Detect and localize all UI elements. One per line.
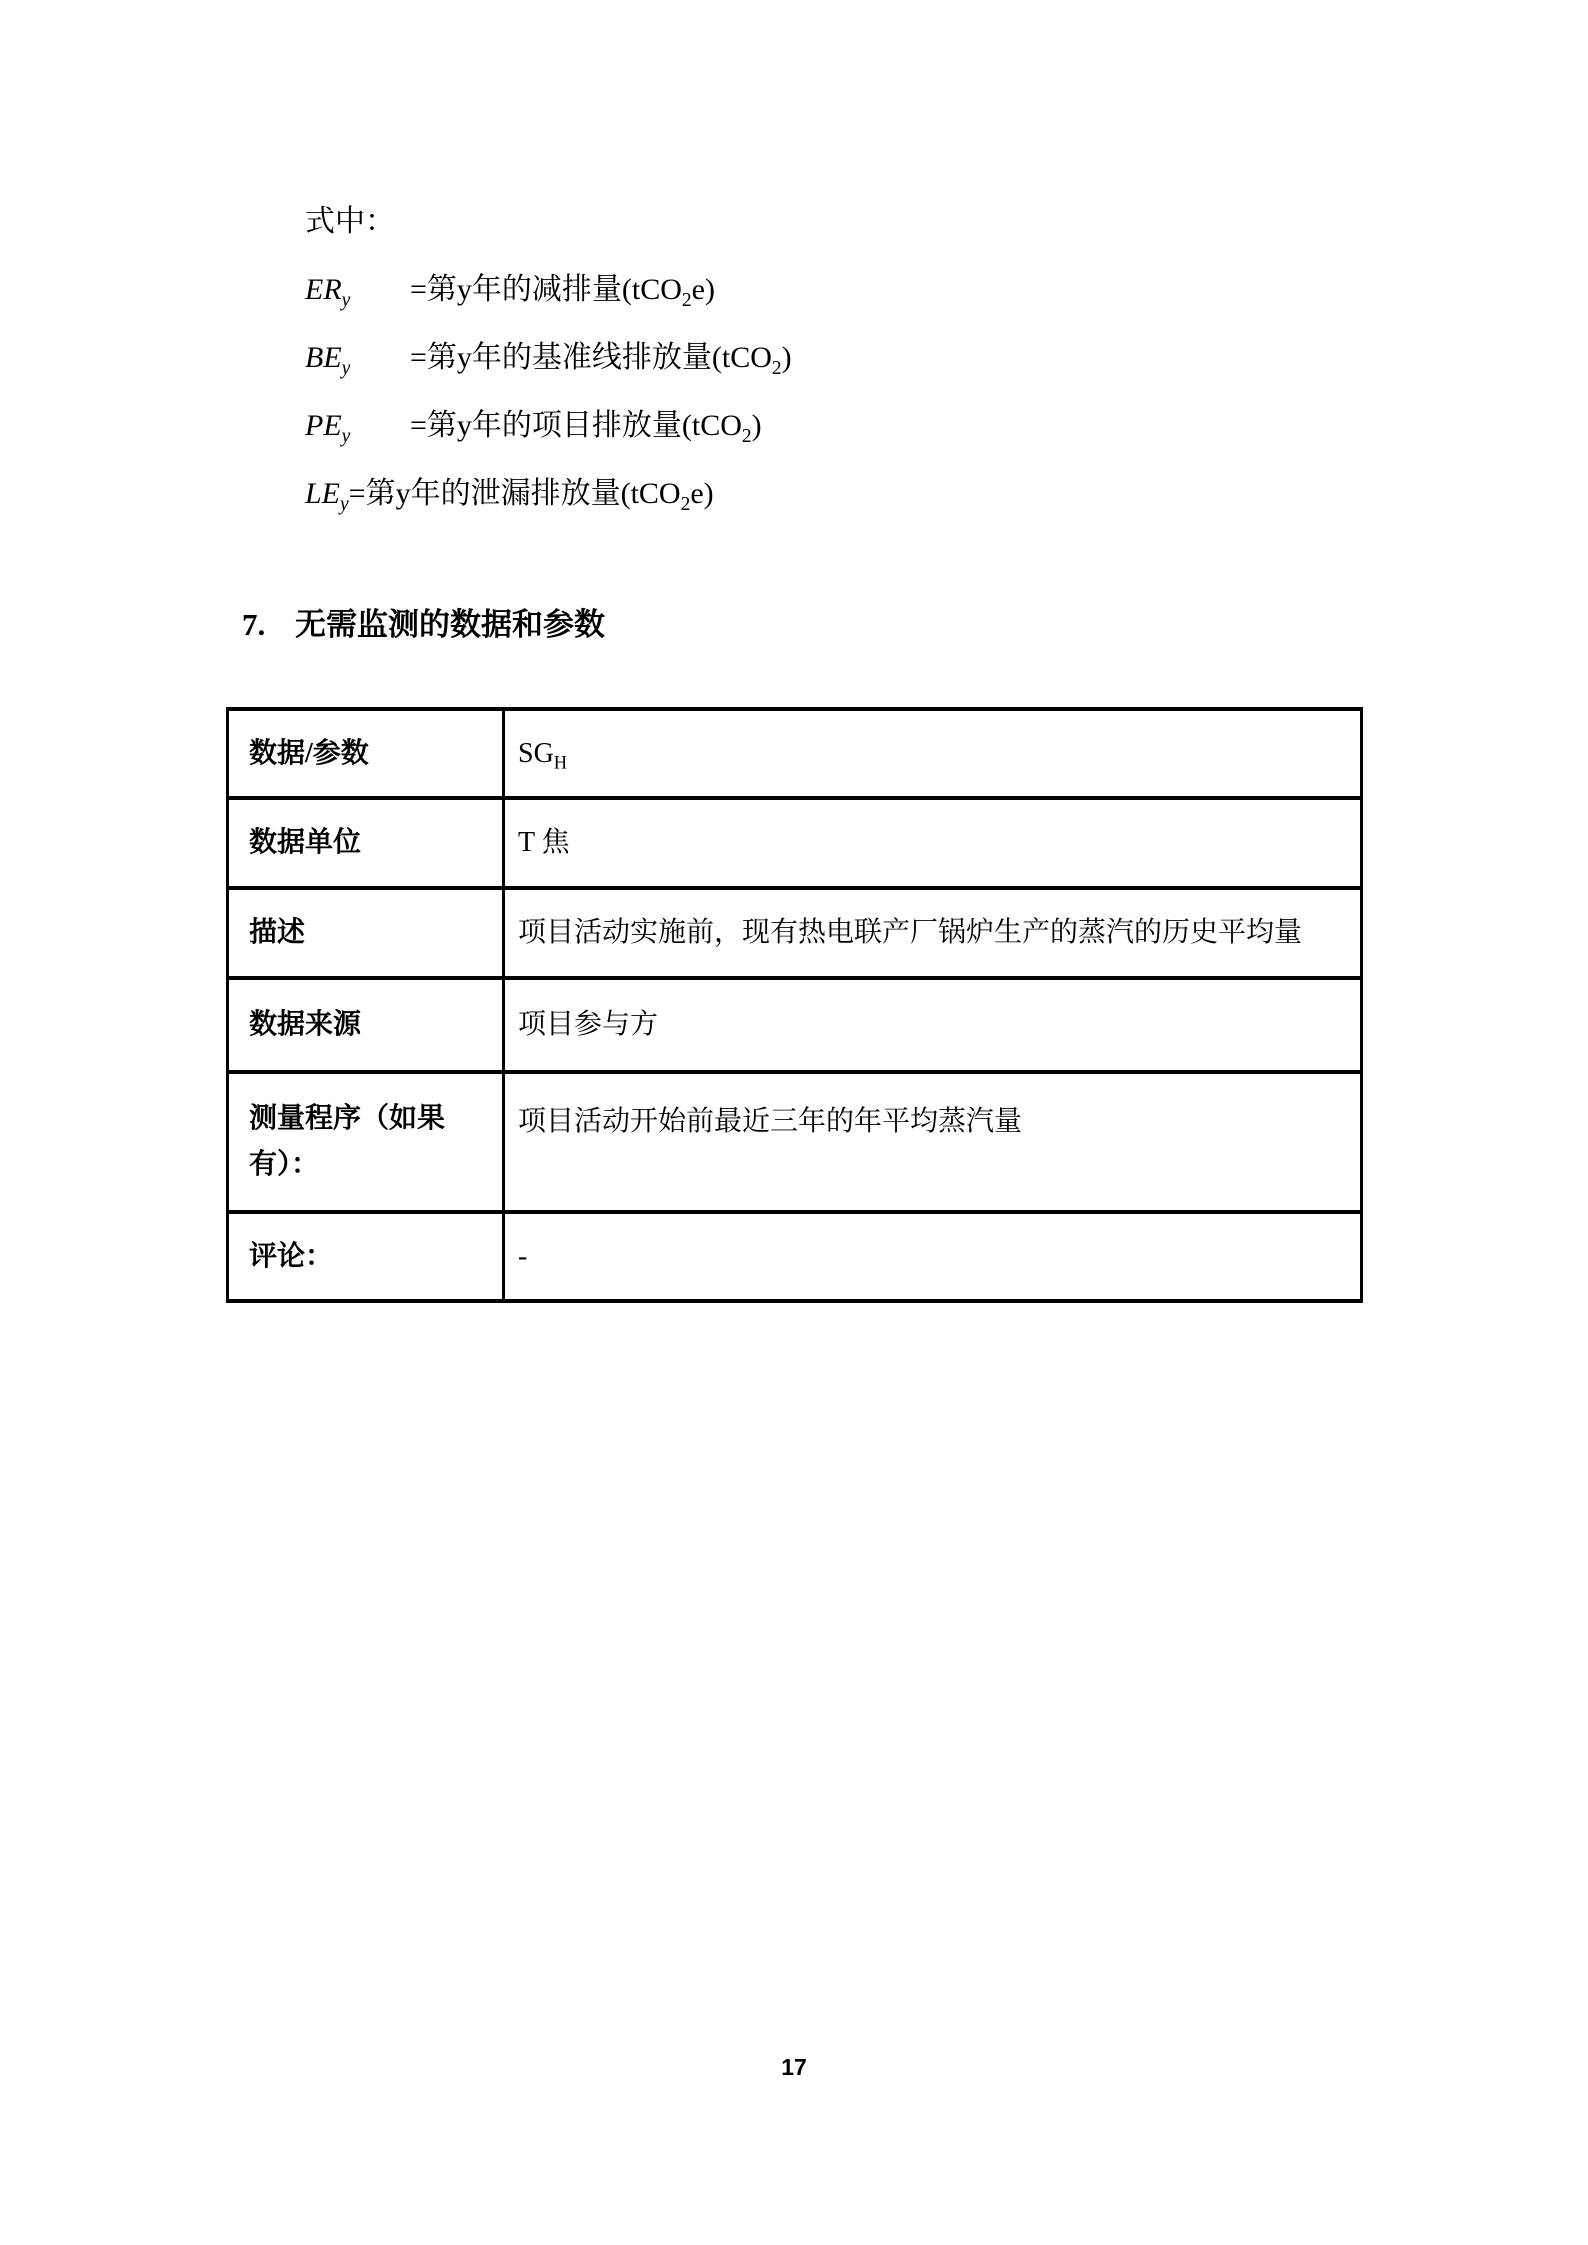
- formula-definition: =第y年的基准线排放量(tCO2): [410, 341, 792, 374]
- row-label: 测量程序（如果有）：: [228, 1072, 504, 1212]
- table-row: 数据来源项目参与方: [228, 978, 1362, 1072]
- table-row: 描述项目活动实施前，现有热电联产厂锅炉生产的蒸汽的历史平均量: [228, 888, 1362, 978]
- row-value: 项目参与方: [504, 978, 1362, 1072]
- section-heading: 7.无需监测的数据和参数: [242, 603, 605, 647]
- formula-variable-subscript: y: [340, 494, 349, 515]
- table-row: 评论：-: [228, 1212, 1362, 1301]
- formula-variable: ERy: [305, 256, 410, 324]
- section-title: 无需监测的数据和参数: [295, 607, 605, 642]
- row-label: 数据/参数: [228, 709, 504, 798]
- row-value: -: [504, 1212, 1362, 1301]
- subscript-text: 2: [682, 290, 692, 311]
- formula-variable: BEy: [305, 324, 410, 392]
- section-number: 7.: [242, 603, 295, 647]
- subscript-text: 2: [742, 426, 752, 447]
- formula-variable: LEy: [305, 477, 349, 510]
- formula-definition: =第y年的泄漏排放量(tCO2e): [349, 477, 714, 510]
- row-value: 项目活动开始前最近三年的年平均蒸汽量: [504, 1072, 1362, 1212]
- subscript-text: H: [554, 752, 567, 772]
- formula-definition: =第y年的减排量(tCO2e): [410, 273, 715, 306]
- formula-variable: PEy: [305, 392, 410, 460]
- formula-definition: =第y年的项目排放量(tCO2): [410, 409, 762, 442]
- subscript-text: 2: [772, 358, 782, 379]
- formula-line: BEy=第y年的基准线排放量(tCO2): [305, 324, 792, 392]
- formula-variable-subscript: y: [342, 426, 351, 447]
- document-page: 式中： ERy=第y年的减排量(tCO2e)BEy=第y年的基准线排放量(tCO…: [0, 0, 1588, 2245]
- formula-intro: 式中：: [305, 188, 792, 256]
- formula-line: LEy=第y年的泄漏排放量(tCO2e): [305, 460, 792, 528]
- table-row: 数据/参数SGH: [228, 709, 1362, 798]
- formula-variable-subscript: y: [342, 358, 351, 379]
- formula-list: ERy=第y年的减排量(tCO2e)BEy=第y年的基准线排放量(tCO2)PE…: [305, 256, 792, 528]
- formula-line: PEy=第y年的项目排放量(tCO2): [305, 392, 792, 460]
- row-label: 数据单位: [228, 798, 504, 888]
- row-label: 描述: [228, 888, 504, 978]
- row-value: SGH: [504, 709, 1362, 798]
- table-row: 数据单位T 焦: [228, 798, 1362, 888]
- table-row: 测量程序（如果有）：项目活动开始前最近三年的年平均蒸汽量: [228, 1072, 1362, 1212]
- page-number: 17: [0, 2053, 1588, 2081]
- params-table-body: 数据/参数SGH数据单位T 焦描述项目活动实施前，现有热电联产厂锅炉生产的蒸汽的…: [228, 709, 1362, 1301]
- row-value: T 焦: [504, 798, 1362, 888]
- row-label: 评论：: [228, 1212, 504, 1301]
- formula-intro-label: 式中：: [305, 205, 395, 238]
- row-value: 项目活动实施前，现有热电联产厂锅炉生产的蒸汽的历史平均量: [504, 888, 1362, 978]
- formula-variable-subscript: y: [342, 290, 351, 311]
- subscript-text: 2: [681, 494, 691, 515]
- parameters-table: 数据/参数SGH数据单位T 焦描述项目活动实施前，现有热电联产厂锅炉生产的蒸汽的…: [226, 707, 1363, 1303]
- row-label: 数据来源: [228, 978, 504, 1072]
- formula-line: ERy=第y年的减排量(tCO2e): [305, 256, 792, 324]
- formula-block: 式中： ERy=第y年的减排量(tCO2e)BEy=第y年的基准线排放量(tCO…: [305, 188, 792, 528]
